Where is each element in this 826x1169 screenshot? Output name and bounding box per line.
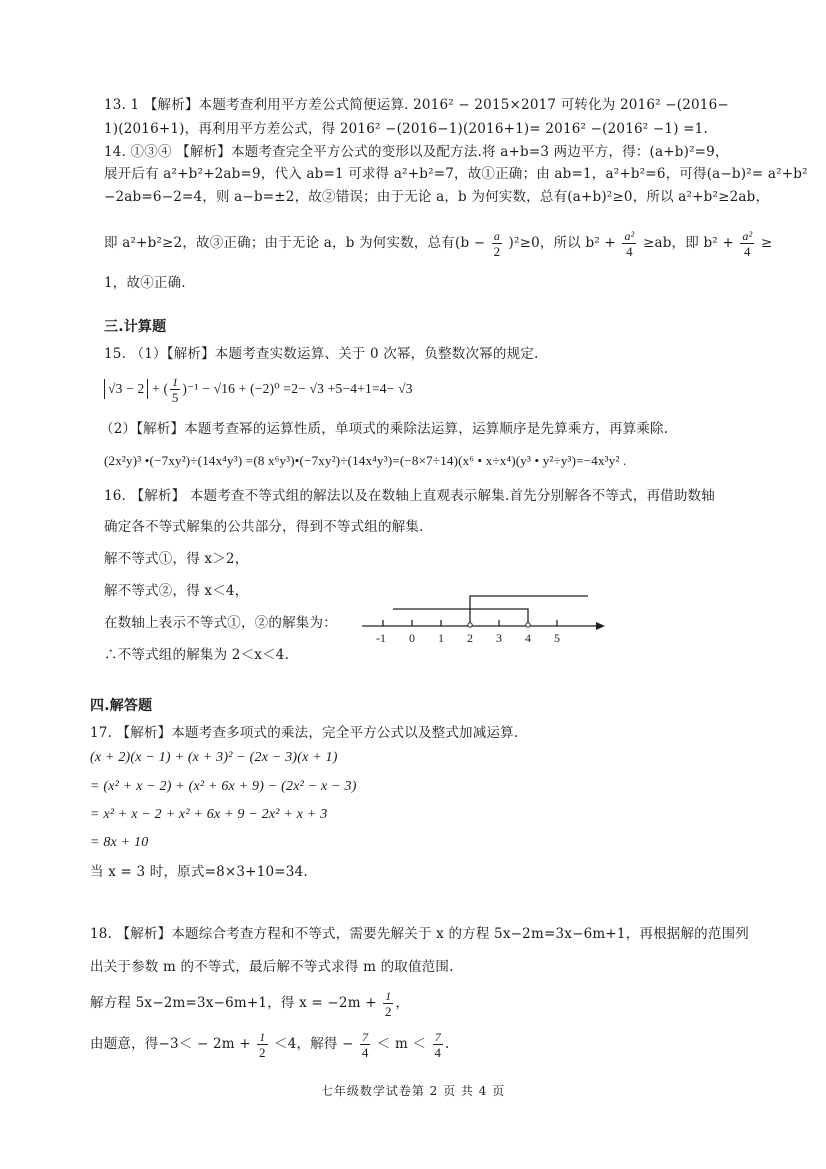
absolute-value: √3 − 2	[104, 379, 148, 399]
q13-line2: 1)(2016+1)，再利用平方差公式，得 2016² −(2016−1)(20…	[104, 120, 708, 138]
q14-line4-text-b: )²≥0，所以 b² +	[509, 235, 616, 251]
q18-line2: 出关于参数 m 的不等式，最后解不等式求得 m 的取值范围.	[90, 958, 454, 976]
q14-line5: 1，故④正确.	[104, 274, 186, 292]
q18-step1-text: 解方程 5x−2m=3x−6m+1，得 x = −2m +	[90, 995, 377, 1011]
fraction-1-over-2-second: 12	[257, 1030, 267, 1060]
arrow-right-icon	[596, 622, 605, 630]
q14-line1: 14. ①③④ 【解析】本题考查完全平方公式的变形以及配方法.将 a+b=3 两…	[104, 143, 729, 161]
open-point-2	[468, 623, 472, 627]
q17-intro: 17. 【解析】本题考查多项式的乘法，完全平方公式以及整式加减运算.	[90, 724, 518, 742]
svg-text:5: 5	[554, 631, 560, 645]
q18-step2-period: .	[445, 1036, 450, 1052]
section-title-solve: 四.解答题	[90, 697, 152, 715]
q14-line4: 即 a²+b²≥2，故③正确；由于无论 a，b 为何实数，总有(b − a2 )…	[104, 226, 772, 260]
number-line-diagram: -1 0 1 2 3 4 5	[355, 590, 615, 650]
q14-line4-text-a: 即 a²+b²≥2，故③正确；由于无论 a，b 为何实数，总有(b −	[104, 235, 485, 251]
q14-line2: 展开后有 a²+b²+2ab=9，代入 ab=1 可求得 a²+b²=7，故①正…	[104, 165, 808, 183]
fraction-7-over-4-second: 74	[433, 1030, 443, 1060]
q16-conclusion: ∴不等式组的解集为 2＜x＜4.	[104, 646, 289, 664]
q17-step5: 当 x = 3 时，原式=8×3+10=34.	[90, 863, 308, 881]
q18-line1: 18. 【解析】本题综合考查方程和不等式，需要先解关于 x 的方程 5x−2m=…	[90, 925, 749, 943]
q17-step4: = 8x + 10	[90, 834, 148, 852]
q14-line4-text-d: ≥	[761, 235, 773, 251]
q15-part1-formula: √3 − 2 + (15)⁻¹ − √16 + (−2)⁰ =2− √3 +5−…	[104, 372, 413, 406]
q18-step2: 由题意，得−3＜ − 2m + 12 ＜4，解得 − 74 ＜ m ＜ 74.	[90, 1027, 449, 1061]
q17-step1: (x + 2)(x − 1) + (x + 3)² − (2x − 3)(x +…	[90, 749, 338, 767]
fraction-a-over-2: a2	[492, 229, 502, 259]
q16-step1: 解不等式①，得 x＞2，	[104, 550, 248, 568]
q15-part2-intro: （2）【解析】本题考查幂的运算性质，单项式的乘除法运算，运算顺序是先算乘方，再算…	[100, 420, 668, 438]
q15-part1-rest: )⁻¹ − √16 + (−2)⁰ =2− √3 +5−4+1=4− √3	[182, 381, 412, 396]
section-title-calculation: 三.计算题	[104, 318, 166, 336]
page-footer: 七年级数学试卷第 2 页 共 4 页	[0, 1082, 826, 1099]
svg-text:3: 3	[496, 631, 502, 645]
fraction-7-over-4: 74	[360, 1030, 370, 1060]
q18-step2-text-c: ＜ m ＜	[377, 1036, 426, 1052]
q14-line3: −2ab=6−2=4，则 a−b=±2，故②错误；由于无论 a，b 为何实数，总…	[104, 188, 769, 206]
q16-step2: 解不等式②，得 x＜4，	[104, 582, 248, 600]
fraction-1-over-5: 15	[170, 375, 180, 405]
answer-page: 13. 1 【解析】本题考查利用平方差公式简便运算. 2016² − 2015×…	[0, 0, 826, 1169]
svg-text:-1: -1	[376, 631, 386, 645]
open-point-4	[526, 623, 530, 627]
q16-step3: 在数轴上表示不等式①，②的解集为：	[104, 614, 337, 632]
svg-text:0: 0	[409, 631, 415, 645]
svg-text:1: 1	[438, 631, 444, 645]
q17-step2: = (x² + x − 2) + (x² + 6x + 9) − (2x² − …	[90, 778, 357, 796]
q15-part2-formula: (2x²y)³ •(−7xy²)÷(14x⁴y³) =(8 x⁶y³)•(−7x…	[104, 452, 626, 470]
q15-part1-intro: 15. （1）【解析】本题考查实数运算、关于 0 次幂，负整数次幂的规定.	[104, 345, 538, 363]
svg-text:4: 4	[525, 631, 531, 645]
q18-step2-text-b: ＜4，解得 −	[274, 1036, 354, 1052]
fraction-a2-over-4-second: a²4	[740, 229, 754, 259]
fraction-a2-over-4: a²4	[622, 229, 636, 259]
q16-line1: 16. 【解析】 本题考查不等式组的解法以及在数轴上直观表示解集.首先分别解各不…	[104, 487, 715, 505]
q18-step2-text-a: 由题意，得−3＜ − 2m +	[90, 1036, 251, 1052]
q14-line4-text-c: ≥ab，即 b² +	[643, 235, 734, 251]
svg-text:2: 2	[467, 631, 473, 645]
q13-line1: 13. 1 【解析】本题考查利用平方差公式简便运算. 2016² − 2015×…	[104, 96, 729, 114]
q18-step1: 解方程 5x−2m=3x−6m+1，得 x = −2m + 12，	[90, 986, 409, 1020]
number-line-tick-labels: -1 0 1 2 3 4 5	[376, 631, 560, 645]
q17-step3: = x² + x − 2 + x² + 6x + 9 − 2x² + x + 3	[90, 806, 327, 824]
range-x-less-than-4	[393, 609, 528, 623]
q15-plus: + (	[152, 381, 168, 396]
fraction-1-over-2: 12	[383, 989, 393, 1019]
q16-line2: 确定各不等式解集的公共部分，得到不等式组的解集.	[104, 518, 424, 536]
q18-step1-comma: ，	[395, 995, 409, 1011]
